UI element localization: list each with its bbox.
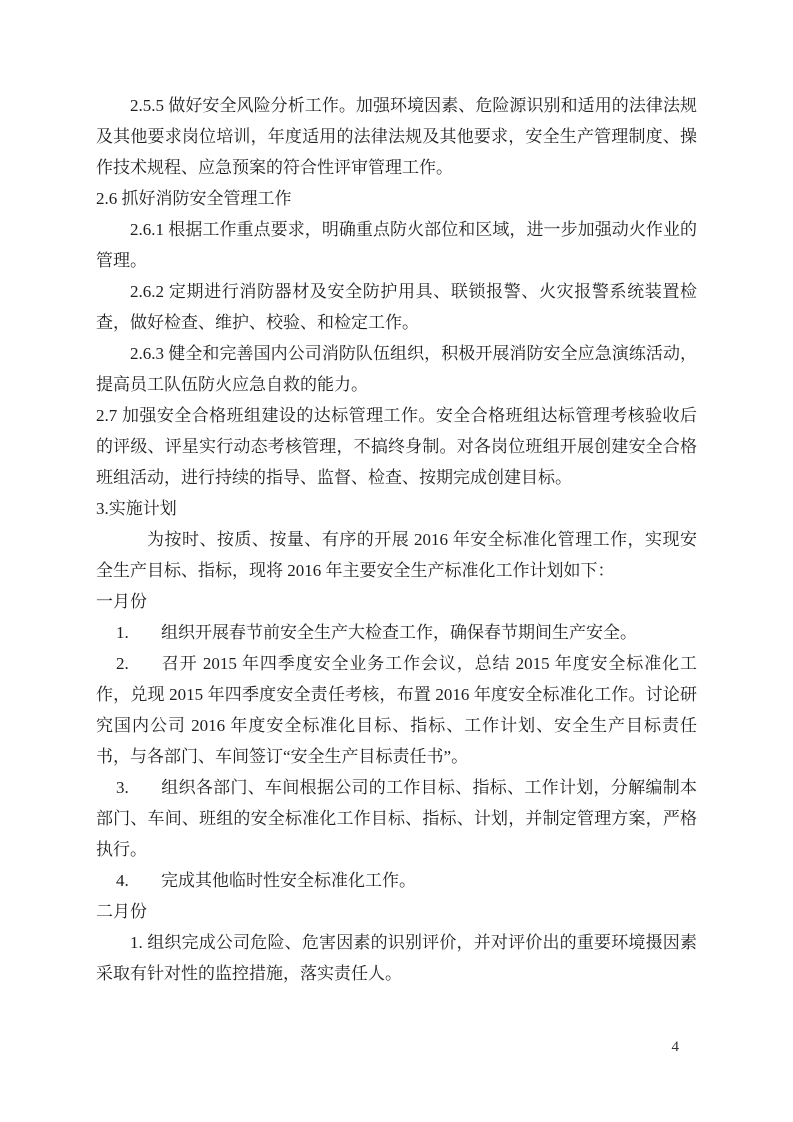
list-item-text: 组织开展春节前安全生产大检查工作，确保春节期间生产安全。 <box>161 623 637 642</box>
document-page: 2.5.5 做好安全风险分析工作。加强环境因素、危险源识别和适用的法律法规及其他… <box>0 0 793 1122</box>
list-item-text: 召开 2015 年四季度安全业务工作会议，总结 2015 年度安全标准化工作，兑… <box>96 654 697 766</box>
paragraph-2-6-1: 2.6.1 根据工作重点要求，明确重点防火部位和区域，进一步加强动火作业的管理。 <box>96 214 697 276</box>
list-item-text: 完成其他临时性安全标准化工作。 <box>161 871 416 890</box>
list-item-number: 4. <box>96 865 161 896</box>
heading-3-implementation-plan: 3.实施计划 <box>96 493 697 524</box>
paragraph-2-7: 2.7 加强安全合格班组建设的达标管理工作。安全合格班组达标管理考核验收后的评级… <box>96 400 697 493</box>
list-item-number: 1. <box>96 617 161 648</box>
list-item-text: 组织各部门、车间根据公司的工作目标、指标、工作计划，分解编制本部门、车间、班组的… <box>96 778 697 859</box>
paragraph-plan-intro: 为按时、按质、按量、有序的开展 2016 年安全标准化管理工作，实现安全生产目标… <box>96 524 697 586</box>
paragraph-2-6-2: 2.6.2 定期进行消防器材及安全防护用具、联锁报警、火灾报警系统装置检查，做好… <box>96 276 697 338</box>
page-number: 4 <box>672 1038 680 1056</box>
january-list-item-4: 4.完成其他临时性安全标准化工作。 <box>96 865 697 896</box>
paragraph-2-6-3: 2.6.3 健全和完善国内公司消防队伍组织，积极开展消防安全应急演练活动，提高员… <box>96 338 697 400</box>
paragraph-2-5-5: 2.5.5 做好安全风险分析工作。加强环境因素、危险源识别和适用的法律法规及其他… <box>96 90 697 183</box>
january-list-item-1: 1.组织开展春节前安全生产大检查工作，确保春节期间生产安全。 <box>96 617 697 648</box>
january-list-item-3: 3.组织各部门、车间根据公司的工作目标、指标、工作计划，分解编制本部门、车间、班… <box>96 772 697 865</box>
heading-january: 一月份 <box>96 586 697 617</box>
list-item-number: 2. <box>96 648 161 679</box>
january-list-item-2: 2.召开 2015 年四季度安全业务工作会议，总结 2015 年度安全标准化工作… <box>96 648 697 772</box>
february-list-item-1: 1. 组织完成公司危险、危害因素的识别评价，并对评价出的重要环境摄因素采取有针对… <box>96 927 697 989</box>
list-item-number: 3. <box>96 772 161 803</box>
heading-2-6: 2.6 抓好消防安全管理工作 <box>96 183 697 214</box>
heading-february: 二月份 <box>96 896 697 927</box>
document-body: 2.5.5 做好安全风险分析工作。加强环境因素、危险源识别和适用的法律法规及其他… <box>96 90 697 989</box>
